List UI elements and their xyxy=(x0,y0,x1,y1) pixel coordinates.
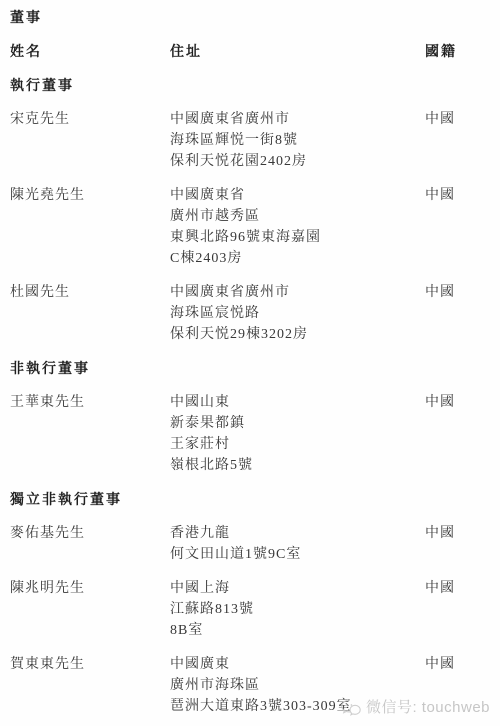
director-address: 中國廣東省廣州市海珠區宸悦路保利天悦29棟3202房 xyxy=(170,282,425,345)
address-line: C棟2403房 xyxy=(170,248,425,269)
address-line: 保利天悦花園2402房 xyxy=(170,151,425,172)
director-address: 中國山東新泰果都鎮王家莊村嶺根北路5號 xyxy=(170,392,425,476)
section-heading: 獨立非執行董事 xyxy=(10,489,490,510)
director-address: 中國上海江蘇路813號8B室 xyxy=(170,578,425,641)
section-heading: 執行董事 xyxy=(10,75,490,96)
watermark: 微信号: touchweb xyxy=(341,697,490,718)
column-header-nationality: 國籍 xyxy=(425,41,490,62)
address-line: 廣州市越秀區 xyxy=(170,206,425,227)
director-name: 陳光堯先生 xyxy=(10,185,170,206)
table-header: 姓名 住址 國籍 xyxy=(10,41,490,62)
address-line: 海珠區輝悦一街8號 xyxy=(170,130,425,151)
director-row: 宋克先生 中國廣東省廣州市海珠區輝悦一街8號保利天悦花園2402房 中國 xyxy=(10,109,490,172)
director-address: 中國廣東省廣州市越秀區東興北路96號東海嘉園C棟2403房 xyxy=(170,185,425,269)
director-name: 陳兆明先生 xyxy=(10,578,170,599)
document-page: 董事 姓名 住址 國籍 執行董事 宋克先生 中國廣東省廣州市海珠區輝悦一街8號保… xyxy=(0,0,500,726)
wechat-icon xyxy=(341,699,361,716)
address-line: 海珠區宸悦路 xyxy=(170,303,425,324)
address-line: 新泰果都鎮 xyxy=(170,413,425,434)
page-title: 董事 xyxy=(10,7,490,28)
address-line: 中國山東 xyxy=(170,392,425,413)
address-line: 江蘇路813號 xyxy=(170,599,425,620)
address-line: 何文田山道1號9C室 xyxy=(170,544,425,565)
address-line: 香港九龍 xyxy=(170,523,425,544)
director-section: 非執行董事 王華東先生 中國山東新泰果都鎮王家莊村嶺根北路5號 中國 xyxy=(10,358,490,476)
column-header-address: 住址 xyxy=(170,41,425,62)
director-nationality: 中國 xyxy=(425,282,490,303)
address-line: 8B室 xyxy=(170,620,425,641)
director-row: 陳光堯先生 中國廣東省廣州市越秀區東興北路96號東海嘉園C棟2403房 中國 xyxy=(10,185,490,269)
director-row: 麥佑基先生 香港九龍何文田山道1號9C室 中國 xyxy=(10,523,490,565)
director-nationality: 中國 xyxy=(425,392,490,413)
director-section: 獨立非執行董事 麥佑基先生 香港九龍何文田山道1號9C室 中國 陳兆明先生 中國… xyxy=(10,489,490,717)
director-nationality: 中國 xyxy=(425,109,490,130)
director-name: 麥佑基先生 xyxy=(10,523,170,544)
director-address: 香港九龍何文田山道1號9C室 xyxy=(170,523,425,565)
address-line: 廣州市海珠區 xyxy=(170,675,425,696)
director-nationality: 中國 xyxy=(425,185,490,206)
director-name: 宋克先生 xyxy=(10,109,170,130)
address-line: 中國廣東省廣州市 xyxy=(170,109,425,130)
director-section: 執行董事 宋克先生 中國廣東省廣州市海珠區輝悦一街8號保利天悦花園2402房 中… xyxy=(10,75,490,345)
watermark-label: 微信号: touchweb xyxy=(366,697,490,718)
section-heading: 非執行董事 xyxy=(10,358,490,379)
director-row: 杜國先生 中國廣東省廣州市海珠區宸悦路保利天悦29棟3202房 中國 xyxy=(10,282,490,345)
address-line: 中國廣東 xyxy=(170,654,425,675)
director-name: 杜國先生 xyxy=(10,282,170,303)
address-line: 嶺根北路5號 xyxy=(170,455,425,476)
address-line: 保利天悦29棟3202房 xyxy=(170,324,425,345)
directors-list: 執行董事 宋克先生 中國廣東省廣州市海珠區輝悦一街8號保利天悦花園2402房 中… xyxy=(10,75,490,717)
director-name: 賀東東先生 xyxy=(10,654,170,675)
address-line: 中國上海 xyxy=(170,578,425,599)
director-nationality: 中國 xyxy=(425,578,490,599)
director-nationality: 中國 xyxy=(425,654,490,675)
director-row: 王華東先生 中國山東新泰果都鎮王家莊村嶺根北路5號 中國 xyxy=(10,392,490,476)
director-row: 陳兆明先生 中國上海江蘇路813號8B室 中國 xyxy=(10,578,490,641)
address-line: 中國廣東省廣州市 xyxy=(170,282,425,303)
director-nationality: 中國 xyxy=(425,523,490,544)
address-line: 王家莊村 xyxy=(170,434,425,455)
address-line: 中國廣東省 xyxy=(170,185,425,206)
director-name: 王華東先生 xyxy=(10,392,170,413)
director-address: 中國廣東省廣州市海珠區輝悦一街8號保利天悦花園2402房 xyxy=(170,109,425,172)
column-header-name: 姓名 xyxy=(10,41,170,62)
address-line: 東興北路96號東海嘉園 xyxy=(170,227,425,248)
